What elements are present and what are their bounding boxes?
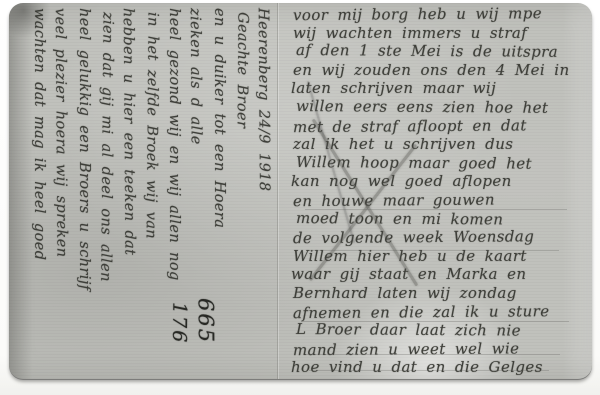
handwriting-line: zal ik het u schrijven dus — [293, 135, 589, 154]
crease-line — [277, 3, 278, 379]
pencil-guideline — [309, 250, 559, 251]
rotated-text: Heerenberg 24/9 1918 Geachte Broer en u … — [23, 8, 275, 374]
inventory-number: 176 — [165, 302, 193, 394]
handwriting-line: willen eers eens zien hoe het — [296, 97, 592, 118]
handwriting-line: wij wachten immers u straf — [293, 24, 589, 43]
handwriting-line: voor mij borg heb u wij mpe — [293, 4, 589, 25]
handwriting-line: L Broer daar laat zich nie — [296, 320, 592, 341]
pencil-guideline — [309, 370, 549, 371]
handwriting-line: Geachte Broer — [228, 12, 254, 378]
handwriting-line: wachten dat mag ik heel goed — [28, 8, 51, 374]
handwriting-line: heel gelukkig een Broers u schrijf — [73, 8, 96, 374]
handwriting-line: zien dat gij mi al deel ons allen — [93, 12, 119, 378]
handwriting-line: met de straf afloopt en dat — [293, 115, 589, 136]
inventory-numbers: 665 176 — [161, 298, 219, 390]
handwriting-line: Bernhard laten wij zondag — [293, 284, 589, 303]
handwriting-line: en houwe maar gouwen — [293, 190, 589, 211]
handwriting-line: af den 1 ste Mei is de uitspra — [296, 41, 592, 62]
handwriting-line: laten schrijven maar wij — [291, 79, 587, 98]
handwriting-line: hebben u hier een teeken dat — [116, 8, 141, 374]
handwriting-line: hoe vind u dat en die Gelges — [291, 358, 587, 377]
pencil-guideline — [301, 321, 569, 322]
handwriting-block-rotated: Heerenberg 24/9 1918 Geachte Broer en u … — [23, 8, 275, 374]
handwriting-line: veel plezier hoera wij spreken — [49, 8, 74, 374]
handwriting-line: afnemen en die zal ik u sture — [293, 301, 589, 322]
handwriting-line: waar gij staat en Marka en — [291, 265, 587, 284]
handwriting-line: moed toon en mi komen — [296, 209, 592, 230]
inventory-number: 665 — [192, 298, 220, 390]
postcard-scan: Heerenberg 24/9 1918 Geachte Broer en u … — [9, 3, 592, 379]
pencil-guideline — [305, 354, 560, 355]
pencil-guideline — [305, 209, 567, 210]
handwriting-line: mand zien u weet wel wie — [293, 339, 589, 360]
handwriting-line: Heerenberg 24/9 1918 — [251, 8, 276, 374]
inventory-numbers-block: 665 176 — [161, 298, 219, 390]
handwriting-line: en wij zouden ons den 4 Mei in — [293, 61, 589, 80]
